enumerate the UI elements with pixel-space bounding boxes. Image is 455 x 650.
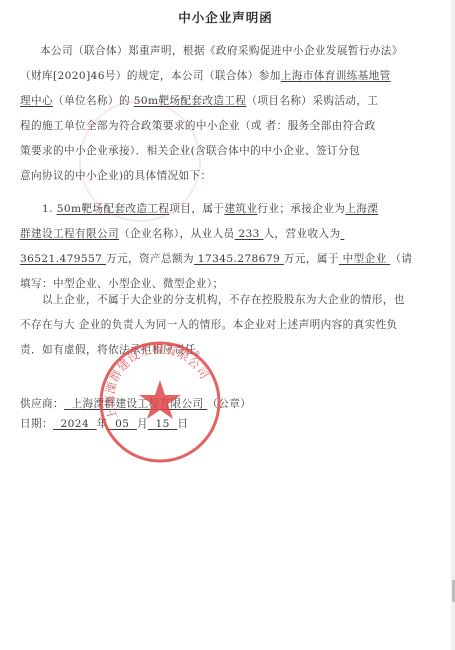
text: （企业名称），从业人员 [119,228,235,240]
company-name: 群建设工程有限公司 [20,228,119,240]
paragraph2-line2: 不存在与大 企业的负责人为同一人的情形。本企业对上述声明内容的真实性负 [20,317,398,332]
text: 万元，属于 [284,253,339,265]
text: 项目，属于 [169,203,224,215]
month-unit: 月 [137,418,148,430]
paragraph2-line1: 以上企业，不属于大企业的分支机构，不存在控股股东为大企业的情形，也 [42,292,405,307]
text: 人，营业收入为 [264,228,341,240]
paragraph1-line4: 程的施工单位全部为符合政策要求的中小企业（或 者：服务全部由符合政 [20,118,376,133]
blank [341,228,345,240]
date-label: 日期： [20,418,53,430]
unit-name: 理中心 [20,95,53,107]
paragraph2-line3: 责．如有虚假，将依法承担相应责任。 [20,342,207,357]
text: 万元，资产总额为 [106,253,194,265]
revenue: 36521.479557 [20,253,106,265]
company-name: 上海溧 [345,203,378,215]
paragraph1-line6: 意向协议的中小企业)的具体情况如下： [20,168,211,183]
item-number: 1. [42,203,57,215]
paragraph1-line2: （财库[2020]46号）的规定，本公司（联合体）参加上海市体育训练基地管 [20,68,391,83]
total-assets: 17345.278679 [194,253,284,265]
item1-line2: 群建设工程有限公司（企业名称），从业人员 233 人，营业收入为 [20,226,344,241]
industry: 建筑业 [224,203,257,215]
text: 行业；承接企业为 [257,203,345,215]
paragraph1-line1: 本公司（联合体）郑重声明，根据《政府采购促进中小企业发展暂行办法》 [40,43,403,58]
page-title: 中小企业声明函 [0,8,451,26]
date-line: 日期： 2024 年 05 月 15 日 [20,416,188,431]
text: （单位名称）的 [53,95,134,107]
day-unit: 日 [177,418,188,430]
unit-name: 上海市体育训练基地管 [281,70,391,82]
employee-count: 233 [235,228,264,240]
seal-label: （公章） [207,398,251,410]
supplier-label: 供应商： [20,398,64,410]
item1-line4: 填写：中型企业、小型企业、微型企业）； [20,276,224,291]
supplier-line: 供应商： 上海溧群建设工程有限公司 （公章） [20,396,251,411]
paragraph1-line3: 理中心（单位名称）的 50m靶场配套改造工程（项目名称）采购活动，工 [20,93,378,108]
supplier-name: 上海溧群建设工程有限公司 [64,398,207,410]
date-month: 05 [108,418,137,430]
project-name: 50m靶场配套改造工程 [57,203,170,215]
text: （财库[2020]46号）的规定，本公司（联合体）参加 [20,70,281,82]
scrollbar-track[interactable] [451,0,455,650]
enterprise-type: 中型企业 [339,253,391,265]
project-name: 50m靶场配套改造工程 [134,95,247,107]
year-unit: 年 [97,418,108,430]
text: （请 [390,253,412,265]
paragraph1-line5: 策要求的中小企业承接）．相关企业(含联合体中的中小企业、签订分包 [20,143,360,158]
date-day: 15 [148,418,177,430]
date-year: 2024 [53,418,97,430]
item1-line3: 36521.479557 万元，资产总额为 17345.278679 万元，属于… [20,251,412,266]
text: （项目名称）采购活动，工 [246,95,378,107]
document-page: 中小企业声明函 本公司（联合体）郑重声明，根据《政府采购促进中小企业发展暂行办法… [0,0,451,650]
item1-line1: 1. 50m靶场配套改造工程项目，属于建筑业行业；承接企业为上海溧 [42,201,378,216]
